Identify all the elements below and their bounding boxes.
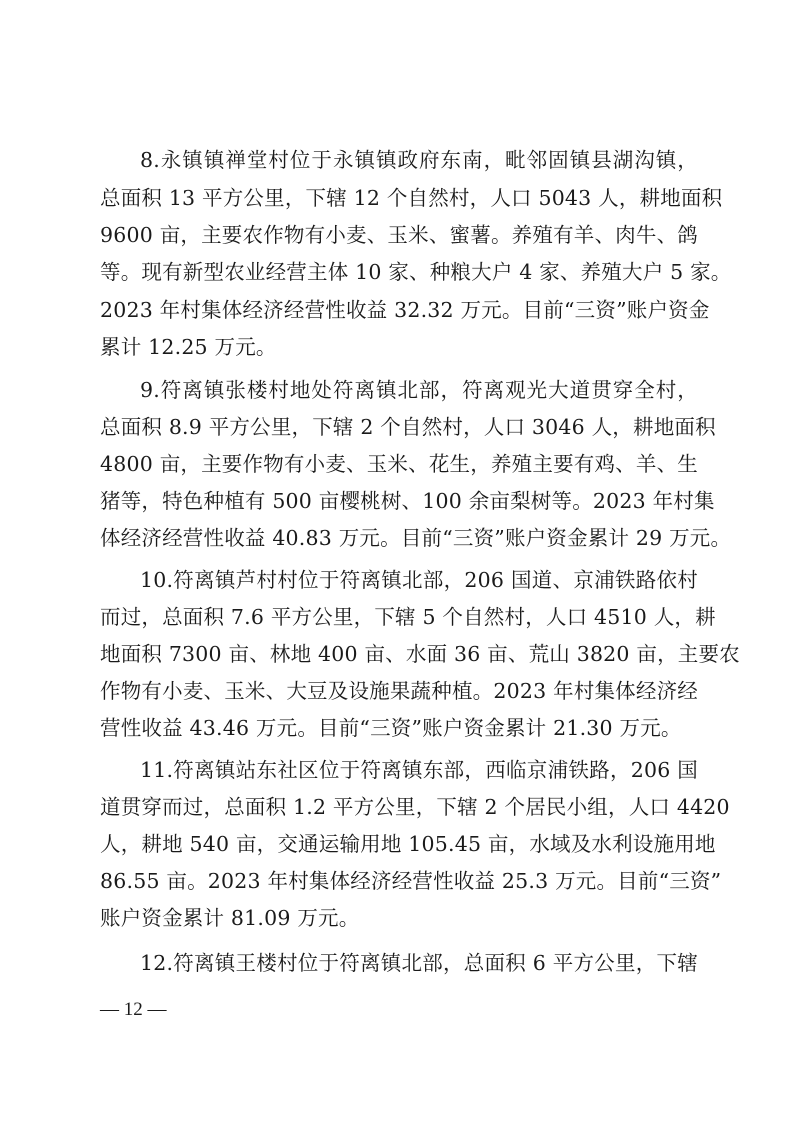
text-line: 9600 亩，主要农作物有小麦、玉米、蜜薯。养殖有羊、肉牛、鸽 (100, 220, 698, 250)
text-line: 作物有小麦、玉米、大豆及设施果蔬种植。2023 年村集体经济经 (100, 676, 698, 706)
text-line: 道贯穿而过，总面积 1.2 平方公里，下辖 2 个居民小组，人口 4420 (100, 792, 698, 822)
text-line: 8.永镇镇禅堂村位于永镇镇政府东南，毗邻固镇县湖沟镇， (140, 145, 698, 175)
text-line: 营性收益 43.46 万元。目前“三资”账户资金累计 21.30 万元。 (100, 713, 698, 743)
text-line: 12.符离镇王楼村位于符离镇北部，总面积 6 平方公里，下辖 (140, 948, 698, 978)
page-number: — 12 — (100, 996, 167, 1024)
text-line: 10.符离镇芦村村位于符离镇北部，206 国道、京浦铁路依村 (140, 565, 698, 595)
text-line: 累计 12.25 万元。 (100, 332, 698, 362)
text-line: 体经济经营性收益 40.83 万元。目前“三资”账户资金累计 29 万元。 (100, 523, 698, 553)
text-line: 人，耕地 540 亩，交通运输用地 105.45 亩，水域及水利设施用地 (100, 829, 698, 859)
text-line: 11.符离镇站东社区位于符离镇东部，西临京浦铁路，206 国 (140, 755, 698, 785)
text-line: 4800 亩，主要作物有小麦、玉米、花生，养殖主要有鸡、羊、生 (100, 449, 698, 479)
text-line: 地面积 7300 亩、林地 400 亩、水面 36 亩、荒山 3820 亩，主要… (100, 639, 698, 669)
text-line: 总面积 8.9 平方公里，下辖 2 个自然村，人口 3046 人，耕地面积 (100, 412, 698, 442)
document-page: 8.永镇镇禅堂村位于永镇镇政府东南，毗邻固镇县湖沟镇， 总面积 13 平方公里，… (0, 0, 793, 1122)
text-line: 9.符离镇张楼村地处符离镇北部，符离观光大道贯穿全村， (140, 375, 698, 405)
text-line: 86.55 亩。2023 年村集体经济经营性收益 25.3 万元。目前“三资” (100, 866, 698, 896)
text-line: 总面积 13 平方公里，下辖 12 个自然村，人口 5043 人，耕地面积 (100, 183, 698, 213)
text-line: 等。现有新型农业经营主体 10 家、种粮大户 4 家、养殖大户 5 家。 (100, 257, 698, 287)
text-line: 账户资金累计 81.09 万元。 (100, 903, 698, 933)
text-line: 而过，总面积 7.6 平方公里，下辖 5 个自然村，人口 4510 人，耕 (100, 602, 698, 632)
text-line: 猪等，特色种植有 500 亩樱桃树、100 余亩梨树等。2023 年村集 (100, 486, 698, 516)
text-line: 2023 年村集体经济经营性收益 32.32 万元。目前“三资”账户资金 (100, 295, 698, 325)
